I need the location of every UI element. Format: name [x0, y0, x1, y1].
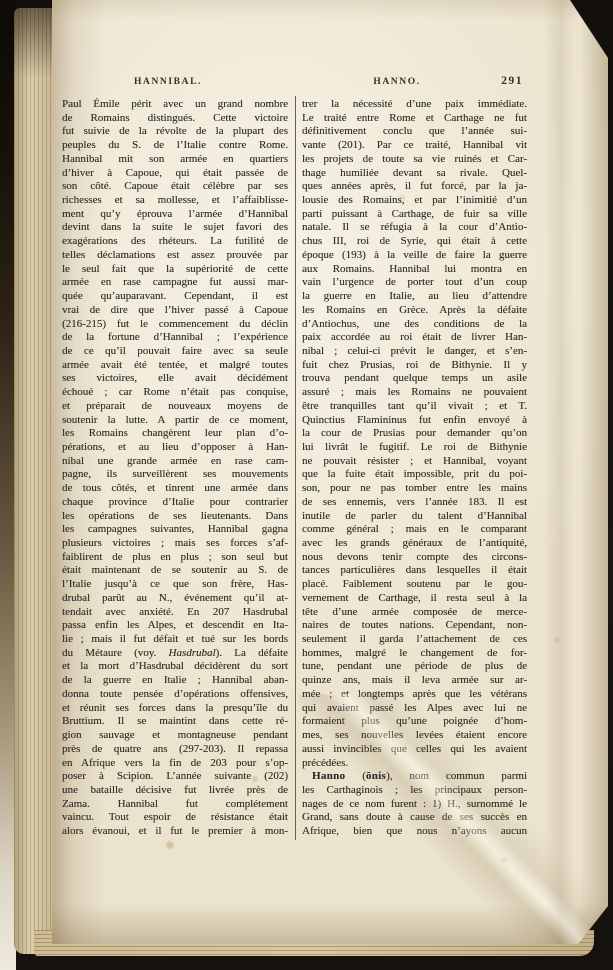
text-line: quinze ans, mais il leva armée sur ar-: [302, 674, 527, 688]
text-line: Paul Émile périt avec un grand nombre: [62, 98, 288, 112]
text-line: Grand, sans doute à cause de ses succès …: [302, 811, 527, 825]
text-line: (216-215) fut le commencement du déclin: [62, 318, 288, 332]
text-line: trouva pendant quelque temps un asile: [302, 372, 527, 386]
text-line: de la fortune d’Hannibal ; l’expérience: [62, 331, 288, 345]
text-line: Hanno (ōnis), nom commun parmi: [302, 770, 527, 784]
text-line: vernement de Carthage, il resta seul à l…: [302, 592, 527, 606]
text-line: d’hiver à Capoue, qui était passée de: [62, 167, 288, 181]
text-line: pagne, ils surveillèrent ses mouvements: [62, 468, 288, 482]
text-line: lousie des Romains, et par l’inimitié d’…: [302, 194, 527, 208]
text-line: de ce qu’il pouvait faire avec sa seule: [62, 345, 288, 359]
text-line: telles déclamations est assez prouvée pa…: [62, 249, 288, 263]
text-line: et réunit ses forces dans la presqu’île …: [62, 702, 288, 716]
text-line: nous devons tenir compte des circons-: [302, 551, 527, 565]
text-line: avec les grands généraux de l’antiquité,: [302, 537, 527, 551]
text-line: placé. Faiblement soutenu par le gou-: [302, 578, 527, 592]
text-line: alors évanoui, et il fut le premier à mo…: [62, 825, 288, 839]
text-line: thage humiliée devant sa rivale. Quel-: [302, 167, 527, 181]
text-line: mée ; et longtemps après que les vétéran…: [302, 688, 527, 702]
text-line: nages de ce nom furent : 1) H., surnommé…: [302, 798, 527, 812]
text-line: vante (201). Par ce traité, Hannibal vit: [302, 139, 527, 153]
text-line: plusieurs victoires ; mais ses forces s’…: [62, 537, 288, 551]
text-line: nibal ; celui-ci prévit le danger, et s’…: [302, 345, 527, 359]
text-line: donna toute pensée d’opérations offensiv…: [62, 688, 288, 702]
text-line: trer la nécessité d’une paix immédiate.: [302, 98, 527, 112]
text-line: et préparait de nouveaux moyens de: [62, 400, 288, 414]
text-line: de ses ennemis, vers l’année 183. Il est: [302, 496, 527, 510]
text-line: inutile de parler du talent d’Hannibal: [302, 510, 527, 524]
text-line: fuit chez Prusias, roi de Bithynie. Il y: [302, 359, 527, 373]
text-line: chus III, roi de Syrie, qui était à cett…: [302, 235, 527, 249]
text-line: que la fuite était impossible, prit du p…: [302, 468, 527, 482]
text-line: peuples du S. de l’Italie contre Rome.: [62, 139, 288, 153]
text-line: du Métaure (voy. Hasdrubal). La défaite: [62, 647, 288, 661]
text-line: Quinctius Flamininus fut enfin envoyé à: [302, 414, 527, 428]
right-column: trer la nécessité d’une paix immédiate.L…: [302, 98, 527, 839]
text-line: être tranquilles tant qu’il vivait ; et …: [302, 400, 527, 414]
text-line: lie ; mais il fut défait et tué sur les …: [62, 633, 288, 647]
text-line: vrai de dire que l’hiver passé à Capoue: [62, 304, 288, 318]
text-line: l’Italie jusqu’à ce que son frère, Has-: [62, 578, 288, 592]
text-line: Hannibal mit son armée en quartiers: [62, 153, 288, 167]
text-line: exagérations des rhéteurs. La futilité d…: [62, 235, 288, 249]
running-title-left: HANNIBAL.: [62, 77, 274, 87]
text-line: Zama. Hannibal fut complétement: [62, 798, 288, 812]
text-line: les Romains en Grèce. Après la défaite: [302, 304, 527, 318]
text-line: vaincu. Tout espoir de résistance était: [62, 811, 288, 825]
text-line: fut suivie de la révolte de la plupart d…: [62, 125, 288, 139]
text-line: le seul fait que la supériorité de cette: [62, 263, 288, 277]
text-line: Le traité entre Rome et Carthage ne fut: [302, 112, 527, 126]
text-line: pérations, et au lieu d’opposer à Han-: [62, 441, 288, 455]
book-page: HANNIBAL. HANNO. 291 Paul Émile périt av…: [52, 0, 608, 944]
text-line: richesses et sa mollesse, et l’affaiblis…: [62, 194, 288, 208]
page-curvature-shadow: [544, 0, 574, 944]
text-line: d’Antiochus, une des conditions de la: [302, 318, 527, 332]
text-line: chaque province d’Italie pour contrarier: [62, 496, 288, 510]
text-line: quée qu’auparavant. Cependant, il est: [62, 290, 288, 304]
text-line: armée en rase campagne fut aussi mar-: [62, 276, 288, 290]
text-line: ques années après, il fut forcé, par la …: [302, 180, 527, 194]
text-line: drubal parût au N., événement qu’il at-: [62, 592, 288, 606]
text-line: Bruttium. Il se maintint dans cette ré-: [62, 715, 288, 729]
text-line: son, pour ne pas tomber entre les mains: [302, 482, 527, 496]
text-line: qui avaient passé les Alpes avec lui ne: [302, 702, 527, 716]
text-line: de la guerre en Italie ; Hannibal aban-: [62, 674, 288, 688]
scanned-book-photo: HANNIBAL. HANNO. 291 Paul Émile périt av…: [0, 0, 613, 970]
text-line: tête d’une armée composée de merce-: [302, 606, 527, 620]
text-line: assuré ; mais les Romains ne pouvaient: [302, 386, 527, 400]
text-line: de Romains distingués. Cette victoire: [62, 112, 288, 126]
text-line: comme général ; mais en le comparant: [302, 523, 527, 537]
text-line: Afrique, bien que nous n’ayons aucun: [302, 825, 527, 839]
page-number: 291: [452, 75, 523, 87]
text-line: la cour de Prusias pour demander qu’on: [302, 427, 527, 441]
text-line: mes, ses nouvelles levées étaient encore: [302, 729, 527, 743]
text-line: échoué ; car Rome n’était pas conquise,: [62, 386, 288, 400]
text-line: parti puissant à Carthage, de fuir sa vi…: [302, 208, 527, 222]
left-column: Paul Émile périt avec un grand nombrede …: [62, 98, 288, 839]
text-line: nibal une grande armée en rase cam-: [62, 455, 288, 469]
text-line: la guerre en Italie, au lieu d’attendre: [302, 290, 527, 304]
text-line: naires de toutes nations. Cependant, non…: [302, 619, 527, 633]
text-line: les projets de toute sa vie ruinés et Ca…: [302, 153, 527, 167]
text-line: faiblirent de plus en plus ; son seul bu…: [62, 551, 288, 565]
text-line: tances particulières dans lesquelles il …: [302, 564, 527, 578]
text-line: de tous côtés, et tinrent une armée dans: [62, 482, 288, 496]
text-line: une bataille décisive fut livrée près de: [62, 784, 288, 798]
text-line: les Carthaginois ; les principaux person…: [302, 784, 527, 798]
text-line: passa enfin les Alpes, et descendit en I…: [62, 619, 288, 633]
text-line: natale. Il se réfugia à la cour d’Antio-: [302, 221, 527, 235]
text-line: ne pouvait résister ; et Hannibal, voyan…: [302, 455, 527, 469]
text-line: gion sauvage et montagneuse pendant: [62, 729, 288, 743]
text-line: les campagnes suivantes, Hannibal gagna: [62, 523, 288, 537]
text-line: tune, pendant une période de plus de: [302, 660, 527, 674]
text-line: aussi invincibles que celles qui les ava…: [302, 743, 527, 757]
text-line: ment qu’y éprouva l’armée d’Hannibal: [62, 208, 288, 222]
text-line: les Romains changèrent leur plan d’o-: [62, 427, 288, 441]
text-line: paix accordée au roi était de livrer Han…: [302, 331, 527, 345]
text-line: en Afrique vers la fin de 203 pour s’op-: [62, 757, 288, 771]
text-line: et la mort d’Hasdrubal décidèrent du sor…: [62, 660, 288, 674]
text-line: les opérations de ses lieutenants. Dans: [62, 510, 288, 524]
text-line: tendait avec anxiété. En 207 Hasdrubal: [62, 606, 288, 620]
column-divider-rule: [295, 96, 296, 840]
text-line: poser à Scipion. L’année suivante (202): [62, 770, 288, 784]
text-line: formaient plus qu’une poignée d’hom-: [302, 715, 527, 729]
text-line: devint dans la suite le sujet favori des: [62, 221, 288, 235]
text-line: armée avait été tentée, et malgré toutes: [62, 359, 288, 373]
text-line: seulement il garda l’attachement de ces: [302, 633, 527, 647]
text-line: ses victoires, elle avait décidément: [62, 372, 288, 386]
text-line: précédées.: [302, 757, 527, 771]
text-line: soutenir la lutte. A partir de ce moment…: [62, 414, 288, 428]
text-line: aux Romains. Hannibal lui montra en: [302, 263, 527, 277]
text-line: son côté. Capoue était célèbre par ses: [62, 180, 288, 194]
text-line: près de quatre ans (297-203). Il repassa: [62, 743, 288, 757]
text-line: époque (193) à la veille de faire la gue…: [302, 249, 527, 263]
text-line: vain l’urgence de porter tout d’un coup: [302, 276, 527, 290]
text-line: hommes, malgré le changement de for-: [302, 647, 527, 661]
text-line: lui livrât le fugitif. Le roi de Bithyni…: [302, 441, 527, 455]
text-line: était maintenant de se soutenir au S. de: [62, 564, 288, 578]
text-line: définitivement conclu que l’année sui-: [302, 125, 527, 139]
